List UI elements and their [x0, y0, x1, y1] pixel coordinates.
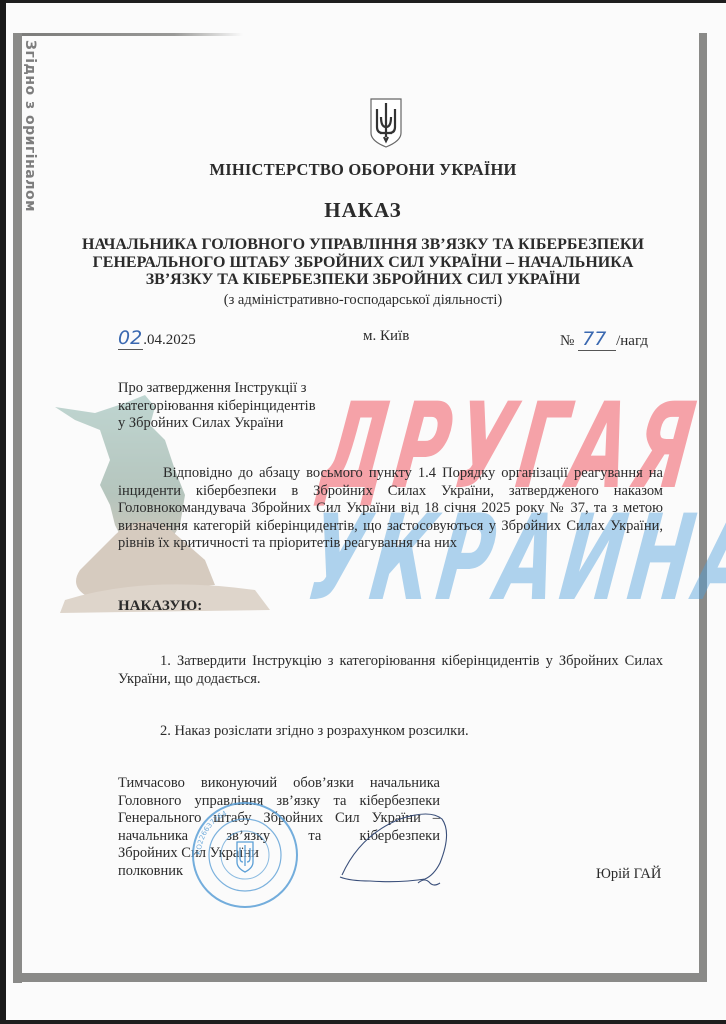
number-handwritten: 77 — [578, 328, 616, 351]
order-heading: НАКАЗУЮ: — [118, 598, 202, 615]
issuer-line: ГЕНЕРАЛЬНОГО ШТАБУ ЗБРОЙНИХ СИЛ УКРАЇНИ … — [0, 254, 726, 272]
signer-position-line: Тимчасово виконуючий обов’язки начальник… — [118, 775, 440, 793]
official-seal-icon: КО226637264 — [190, 800, 300, 910]
order-item-2: 2. Наказ розіслати згідно з розрахунком … — [118, 723, 663, 741]
scan-edge-top — [0, 0, 726, 3]
certified-copy-stamp: Згідно з оригіналом — [22, 40, 38, 212]
scan-edge-left — [0, 0, 6, 1024]
document-subject: Про затвердження Інструкції з категоріюв… — [118, 380, 330, 433]
preamble-paragraph: Відповідно до абзацу восьмого пункту 1.4… — [118, 465, 663, 553]
issuer-title: НАЧАЛЬНИКА ГОЛОВНОГО УПРАВЛІННЯ ЗВ’ЯЗКУ … — [0, 236, 726, 289]
date-rest: .04.2025 — [143, 332, 196, 348]
copy-frame-bottom — [13, 973, 707, 982]
issuer-note: (з адміністративно-господарської діяльно… — [0, 292, 726, 309]
handwritten-signature — [330, 805, 455, 895]
order-item-1: 1. Затвердити Інструкцію з категоріюванн… — [118, 653, 663, 688]
subject-line: Про затвердження Інструкції з — [118, 380, 330, 398]
document-date: 02.04.2025 — [118, 327, 196, 349]
coat-of-arms-icon — [369, 97, 403, 149]
ministry-title: МІНІСТЕРСТВО ОБОРОНИ УКРАЇНИ — [0, 160, 726, 180]
number-prefix: № — [560, 333, 574, 349]
scan-edge-bottom — [0, 1020, 726, 1024]
date-day-handwritten: 02 — [118, 327, 143, 350]
subject-line: у Збройних Силах України — [118, 415, 330, 433]
issuer-line: ЗВ’ЯЗКУ ТА КІБЕРБЕЗПЕКИ ЗБРОЙНИХ СИЛ УКР… — [0, 271, 726, 289]
signer-name: Юрій ГАЙ — [596, 866, 661, 883]
document-number: № 77/нагд — [560, 328, 648, 351]
document-meta: 02.04.2025 м. Київ № 77/нагд — [118, 325, 648, 349]
copy-frame-top — [13, 33, 243, 36]
issuer-line: НАЧАЛЬНИКА ГОЛОВНОГО УПРАВЛІННЯ ЗВ’ЯЗКУ … — [0, 236, 726, 254]
document-type: НАКАЗ — [0, 198, 726, 223]
document-place: м. Київ — [363, 328, 409, 345]
subject-line: категоріювання кіберінцидентів — [118, 398, 330, 416]
number-suffix: /нагд — [616, 333, 648, 349]
